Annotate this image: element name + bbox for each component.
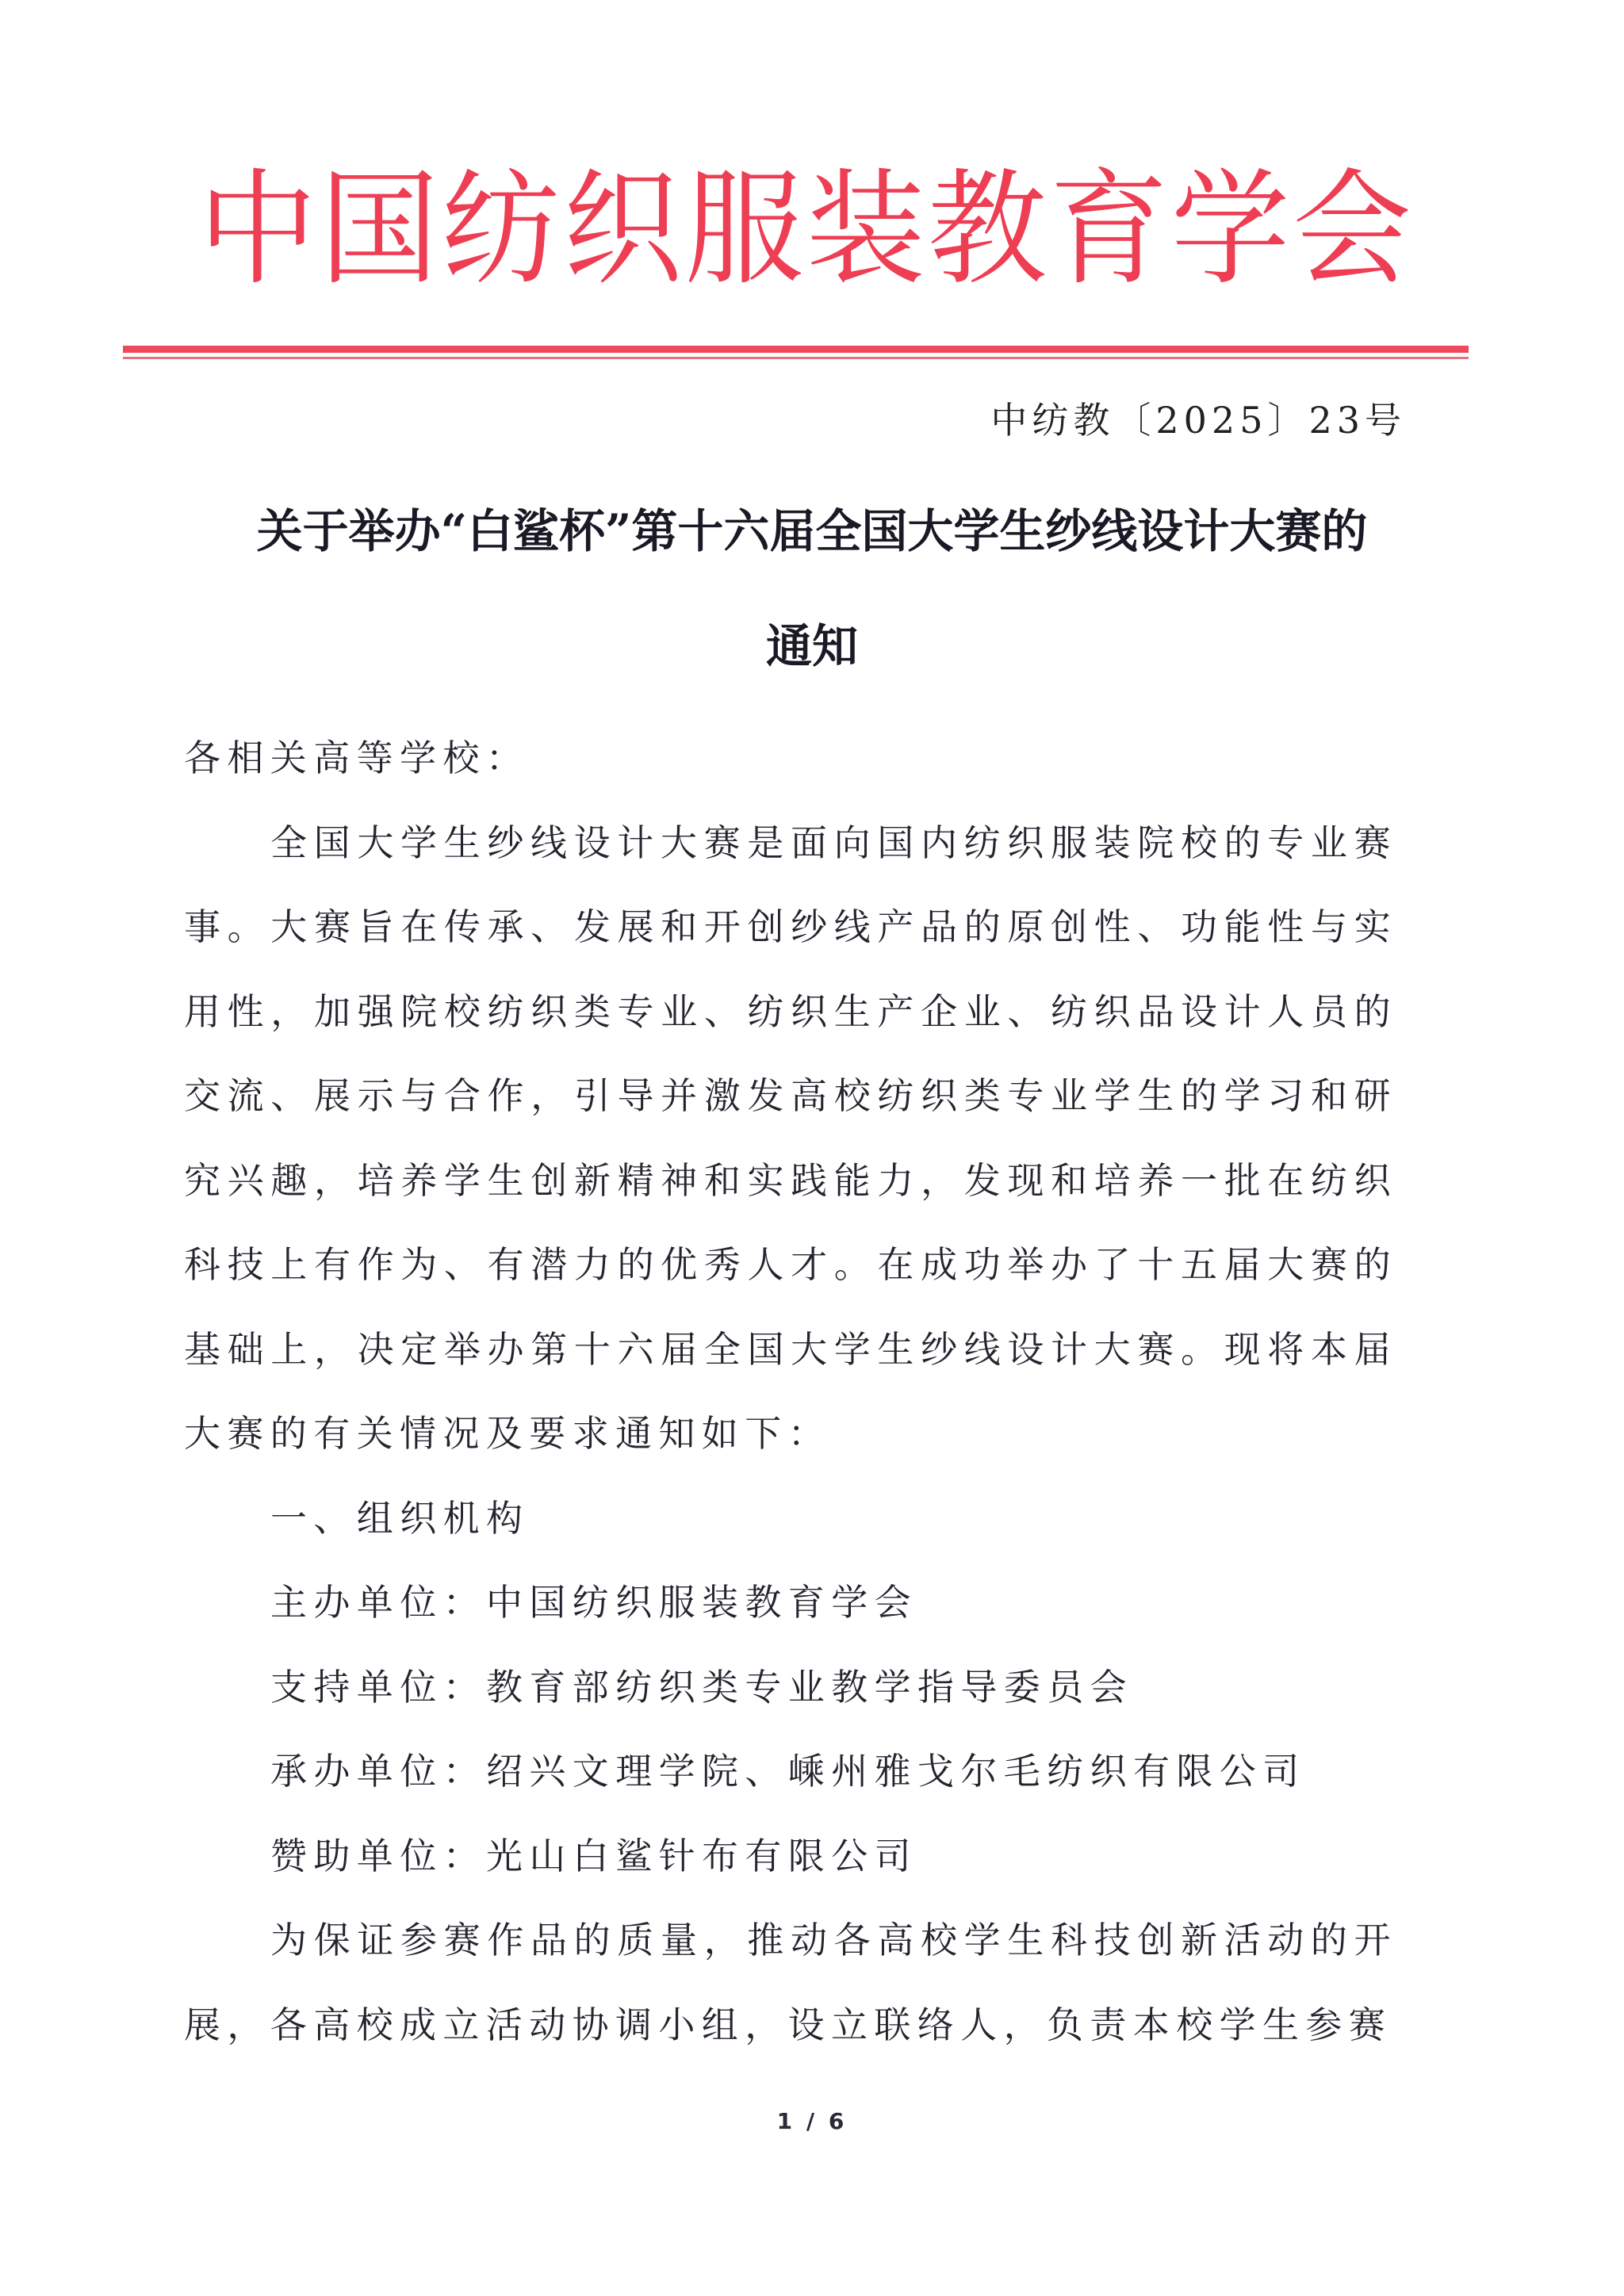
letterhead-red-rule-thin (123, 357, 1469, 359)
page-indicator: 1 / 6 (0, 2106, 1624, 2137)
intro-paragraph: 全国大学生纱线设计大赛是面向国内纺织服装院校的专业赛事。大赛旨在传承、发展和开创… (184, 801, 1397, 1476)
letterhead-char: 育 (1049, 155, 1168, 305)
document-number: 中纺教〔2025〕23号 (990, 392, 1406, 448)
salutation: 各相关高等学校： (184, 716, 1397, 801)
letterhead-organization-name: 中 国 纺 织 服 装 教 育 学 会 (198, 159, 1411, 301)
closing-paragraph: 为保证参赛作品的质量，推动各高校学生科技创新活动的开展，各高校成立活动协调小组，… (184, 1898, 1397, 2067)
document-title-line-1: 关于举办“白鲨杯”第十六届全国大学生纱线设计大赛的 (159, 499, 1465, 563)
organizer-support-label: 支持单位： (270, 1666, 486, 1709)
document-body: 各相关高等学校： 全国大学生纱线设计大赛是面向国内纺织服装院校的专业赛事。大赛旨… (184, 716, 1397, 2067)
letterhead-char: 教 (928, 155, 1047, 305)
organizer-sponsor-value: 光山白鲨针布有限公司 (486, 1835, 917, 1877)
organizer-undertaker: 承办单位：绍兴文理学院、嵊州雅戈尔毛纺织有限公司 (184, 1729, 1397, 1814)
organizer-sponsor-label: 赞助单位： (270, 1835, 486, 1877)
organizer-undertaker-value: 绍兴文理学院、嵊州雅戈尔毛纺织有限公司 (486, 1750, 1306, 1793)
organizer-support: 支持单位：教育部纺织类专业教学指导委员会 (184, 1645, 1397, 1730)
organizer-host-label: 主办单位： (270, 1581, 486, 1624)
letterhead-char: 织 (563, 155, 682, 305)
letterhead-char: 中 (198, 155, 317, 305)
letterhead-red-rule-thick (123, 346, 1469, 353)
organizer-host-value: 中国纺织服装教育学会 (486, 1581, 917, 1624)
organizer-support-value: 教育部纺织类专业教学指导委员会 (486, 1666, 1133, 1709)
letterhead-char: 会 (1293, 155, 1411, 305)
organizer-host: 主办单位：中国纺织服装教育学会 (184, 1560, 1397, 1645)
document-title-line-2: 通知 (159, 614, 1465, 678)
organizer-sponsor: 赞助单位：光山白鲨针布有限公司 (184, 1814, 1397, 1899)
letterhead-char: 服 (684, 155, 803, 305)
letterhead-char: 装 (806, 155, 925, 305)
letterhead-char: 学 (1171, 155, 1290, 305)
section-heading-organization: 一、组织机构 (184, 1476, 1397, 1561)
document-page: 中 国 纺 织 服 装 教 育 学 会 中纺教〔2025〕23号 关于举办“白鲨… (0, 0, 1624, 2296)
organizer-undertaker-label: 承办单位： (270, 1750, 486, 1793)
letterhead-char: 纺 (442, 155, 561, 305)
letterhead-char: 国 (320, 155, 439, 305)
